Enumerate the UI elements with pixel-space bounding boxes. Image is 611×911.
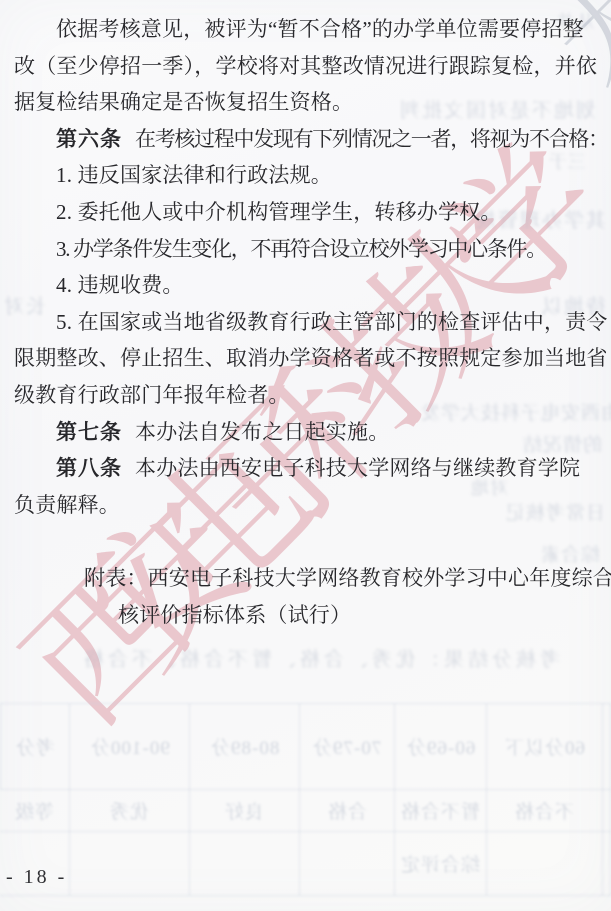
bleed-table-cell [487,832,603,896]
bleed-table-cell: 优秀 [70,790,190,832]
text-line: 1. 违反国家法律和行政法规。 [14,157,610,194]
text-line: 负责解释。 [14,487,610,524]
scanned-document-page: 西安电子科技大学 大 从并划地不是对国文批判三于其学办理管规长对待地以由西安电子… [0,0,611,911]
bleed-table-cell: 等级 [0,790,70,832]
bleed-table-cell: 80-89分 [190,703,300,790]
bleed-table-cell: 合格 [300,790,395,832]
text-line: 2. 委托他人或中介机构管理学生，转移办学权。 [14,194,610,231]
bleed-table-cell: 60分以下 [487,703,603,790]
bleed-table-cell [300,832,395,896]
bleed-table-cell [603,703,611,790]
bleed-table-cell: 综合评定 [395,832,487,896]
text-line: 依据考核意见，被评为“暂不合格”的办学单位需要停招整 [14,11,610,48]
document-content: 依据考核意见，被评为“暂不合格”的办学单位需要停招整改（至少停招一季），学校将对… [14,11,610,634]
bleed-table-cell: 60-69分 [395,703,487,790]
article-number: 第八条 [56,457,122,480]
bleed-table-cell: 暂不合格 [395,790,487,832]
article-number: 第六条 [56,128,122,151]
text-line: 5. 在国家或当地省级教育行政主管部门的检查评估中，责令 [14,304,610,341]
bleed-table-cell: 良好 [190,790,300,832]
text-line: 3. 办学条件发生变化，不再符合设立校外学习中心条件。 [14,231,610,268]
bleed-table-cell [603,832,611,896]
text-line: 第六条在考核过程中发现有下列情况之一者，将视为不合格： [14,121,610,158]
bleed-table-cell [70,832,190,896]
bleed-table-cell: 90-100分 [70,703,190,790]
article-number: 第七条 [56,421,122,444]
text-line: 限期整改、停止招生、取消办学资格者或不按照规定参加当地省 [14,340,610,377]
bleed-table: 考分90-100分80-89分70-79分60-69分60分以下等级优秀良好合格… [0,703,611,896]
bleed-table-cell: 考分 [0,703,70,790]
text-line: 级教育行政部门年报年检者。 [14,377,610,414]
text-line: 4. 违规收费。 [14,267,610,304]
text-line: 改（至少停招一季），学校将对其整改情况进行跟踪复检，并依 [14,48,610,85]
bleed-table-cell: 不合格 [487,790,603,832]
text-line: 第八条本办法由西安电子科技大学网络与继续教育学院 [14,450,610,487]
text-line: 第七条本办法自发布之日起实施。 [14,414,610,451]
text-line: 核评价指标体系（试行） [14,597,610,634]
bleed-snippet: 考核分结果：优秀、合格、暂不合格、不合格 [80,643,560,672]
page-number: - 18 - [6,866,67,889]
bleed-table-cell [603,790,611,832]
bleed-table-cell [190,832,300,896]
bleed-table-cell: 70-79分 [300,703,395,790]
text-line: 附表：西安电子科技大学网络教育校外学习中心年度综合考 [14,560,610,597]
text-line: 据复检结果确定是否恢复招生资格。 [14,84,610,121]
